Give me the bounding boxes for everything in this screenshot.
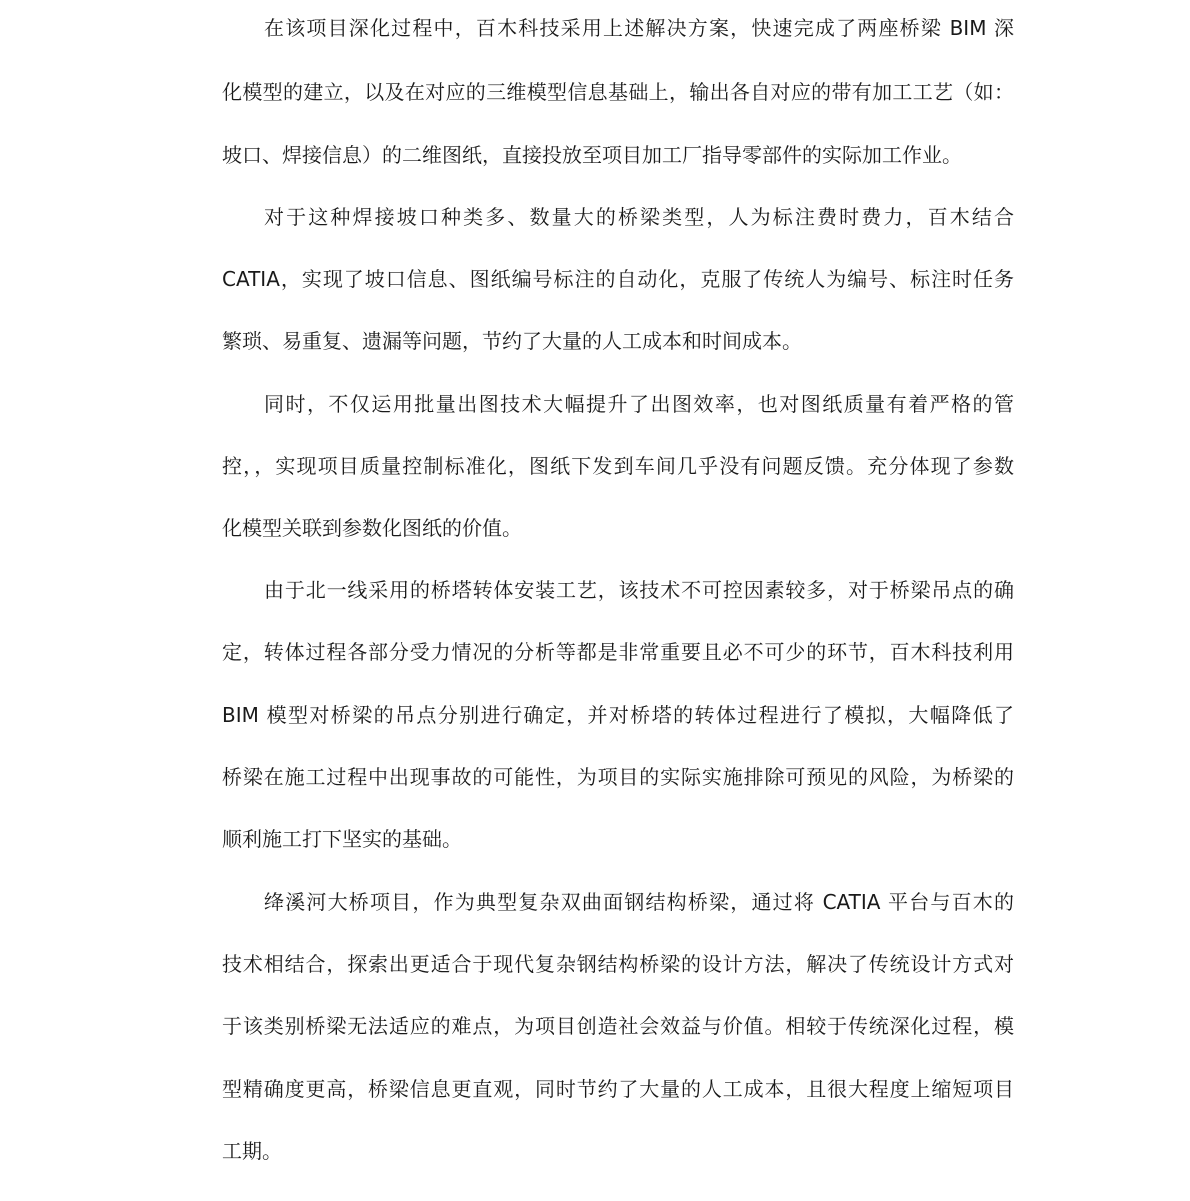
paragraph-4-line-4: 桥梁在施工过程中出现事故的可能性，为项目的实际实施排除可预见的风险，为桥梁的: [222, 762, 1014, 792]
paragraph-2-line-1: 对于这种焊接坡口种类多、数量大的桥梁类型，人为标注费时费力，百木结合: [264, 202, 1014, 232]
paragraph-1-line-1: 在该项目深化过程中，百木科技采用上述解决方案，快速完成了两座桥梁 BIM 深: [264, 13, 1014, 43]
paragraph-4-line-3: BIM 模型对桥梁的吊点分别进行确定，并对桥塔的转体过程进行了模拟，大幅降低了: [222, 700, 1014, 730]
paragraph-5-line-1: 绛溪河大桥项目，作为典型复杂双曲面钢结构桥梁，通过将 CATIA 平台与百木的: [264, 887, 1014, 917]
paragraph-2-line-2: CATIA，实现了坡口信息、图纸编号标注的自动化，克服了传统人为编号、标注时任务: [222, 264, 1014, 294]
paragraph-2-line-3: 繁琐、易重复、遗漏等问题，节约了大量的人工成本和时间成本。: [222, 326, 1014, 356]
paragraph-4-line-1: 由于北一线采用的桥塔转体安装工艺，该技术不可控因素较多，对于桥梁吊点的确: [264, 575, 1014, 605]
paragraph-4-line-5: 顺利施工打下坚实的基础。: [222, 824, 1014, 854]
paragraph-3-line-3: 化模型关联到参数化图纸的价值。: [222, 513, 1014, 543]
paragraph-4-line-2: 定，转体过程各部分受力情况的分析等都是非常重要且必不可少的环节，百木科技利用: [222, 637, 1014, 667]
paragraph-5-line-5: 工期。: [222, 1136, 1014, 1166]
paragraph-5-line-4: 型精确度更高，桥梁信息更直观，同时节约了大量的人工成本，且很大程度上缩短项目: [222, 1074, 1014, 1104]
paragraph-3-line-2: 控，，实现项目质量控制标准化，图纸下发到车间几乎没有问题反馈。充分体现了参数: [222, 451, 1014, 481]
paragraph-5-line-2: 技术相结合，探索出更适合于现代复杂钢结构桥梁的设计方法，解决了传统设计方式对: [222, 949, 1014, 979]
paragraph-5-line-3: 于该类别桥梁无法适应的难点，为项目创造社会效益与价值。相较于传统深化过程，模: [222, 1011, 1014, 1041]
paragraph-3-line-1: 同时，不仅运用批量出图技术大幅提升了出图效率，也对图纸质量有着严格的管: [264, 389, 1014, 419]
paragraph-1-line-3: 坡口、焊接信息）的二维图纸，直接投放至项目加工厂指导零部件的实际加工作业。: [222, 140, 1014, 170]
paragraph-1-line-2: 化模型的建立，以及在对应的三维模型信息基础上，输出各自对应的带有加工工艺（如：: [222, 77, 1014, 107]
